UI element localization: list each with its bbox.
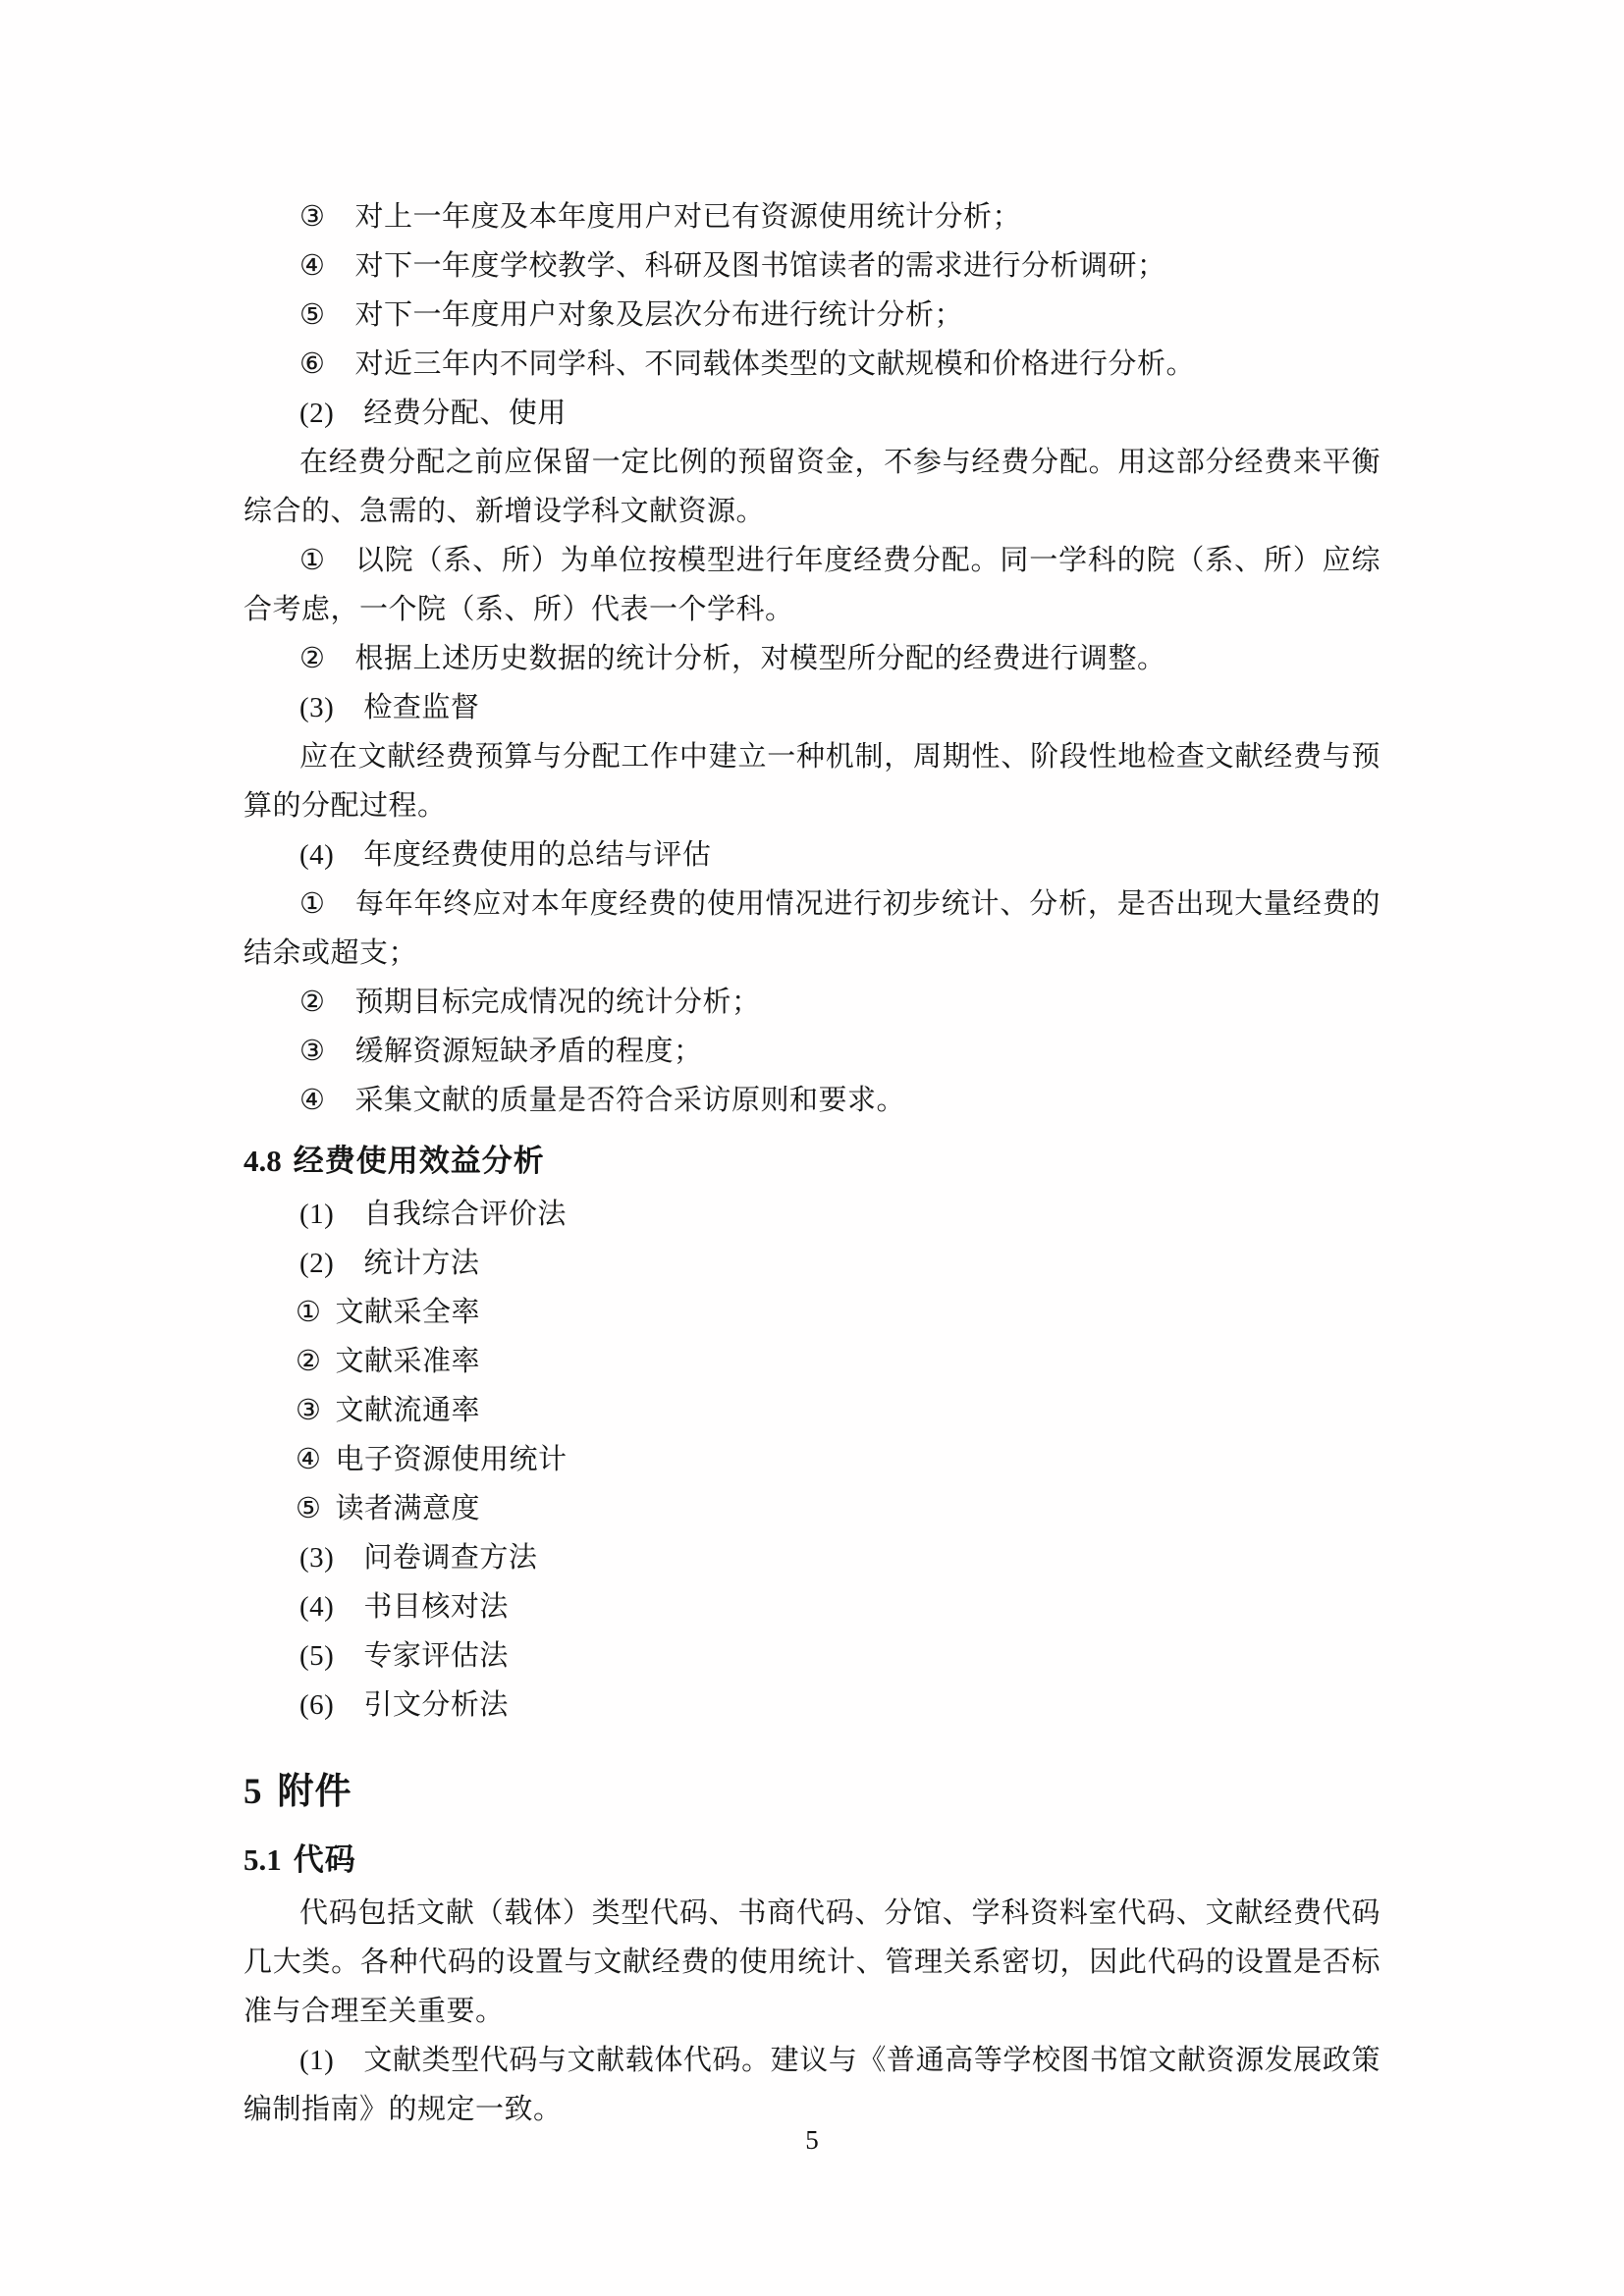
list-marker: ② <box>299 987 326 1018</box>
page-number: 5 <box>0 2120 1624 2160</box>
list-marker: ⑤ <box>296 1493 322 1524</box>
document-content: ③对上一年度及本年度用户对已有资源使用统计分析；④对下一年度学校教学、科研及图书… <box>244 192 1380 2134</box>
text-run: 专家评估法 <box>363 1640 509 1672</box>
text-run: 经费分配、使用 <box>363 398 567 429</box>
section-heading: 4.8经费使用效益分析 <box>244 1133 1380 1190</box>
list-item: (5)专家评估法 <box>244 1631 1380 1681</box>
text-run: 书目核对法 <box>363 1591 509 1623</box>
list-item: (6)引文分析法 <box>244 1681 1380 1730</box>
list-marker: (4) <box>299 839 334 871</box>
list-marker: (1) <box>299 2045 334 2076</box>
text-run: 文献采全率 <box>336 1297 481 1328</box>
text-run: 问卷调查方法 <box>363 1542 537 1574</box>
text-run: 采集文献的质量是否符合采访原则和要求。 <box>355 1085 906 1116</box>
text-run: 文献类型代码与文献载体代码。建议与《普通高等学校图书馆文献资源发展政策编制指南》… <box>244 2045 1380 2125</box>
list-marker: ① <box>296 1297 322 1328</box>
document-page: ③对上一年度及本年度用户对已有资源使用统计分析；④对下一年度学校教学、科研及图书… <box>0 0 1624 2296</box>
text-run: 文献采准率 <box>336 1346 481 1377</box>
list-item: ②预期目标完成情况的统计分析； <box>244 978 1380 1027</box>
heading-number: 5.1 <box>244 1842 282 1877</box>
list-item: (2)经费分配、使用 <box>244 389 1380 438</box>
text-run: 对下一年度学校教学、科研及图书馆读者的需求进行分析调研； <box>355 250 1166 282</box>
text-run: 预期目标完成情况的统计分析； <box>355 987 761 1018</box>
list-item: ③缓解资源短缺矛盾的程度； <box>244 1027 1380 1076</box>
list-marker: (4) <box>299 1591 334 1623</box>
list-item: ⑤读者满意度 <box>244 1484 1380 1533</box>
heading-text: 经费使用效益分析 <box>294 1144 545 1178</box>
list-marker: ① <box>299 545 326 576</box>
section-heading: 5.1代码 <box>244 1832 1380 1889</box>
list-item: ⑤对下一年度用户对象及层次分布进行统计分析； <box>244 291 1380 340</box>
list-item: ④采集文献的质量是否符合采访原则和要求。 <box>244 1076 1380 1125</box>
list-marker: ② <box>296 1346 322 1377</box>
list-marker: (6) <box>299 1689 334 1721</box>
list-marker: ③ <box>299 1036 326 1067</box>
list-marker: (2) <box>299 1248 334 1279</box>
text-run: 读者满意度 <box>336 1493 481 1524</box>
text-run: 统计方法 <box>363 1248 479 1279</box>
list-marker: ③ <box>296 1395 322 1426</box>
text-run: 年度经费使用的总结与评估 <box>363 839 711 871</box>
list-item: ②文献采准率 <box>244 1337 1380 1386</box>
list-marker: (3) <box>299 692 334 723</box>
list-marker: ⑥ <box>299 348 326 380</box>
list-marker: (2) <box>299 398 334 429</box>
text-run: 对下一年度用户对象及层次分布进行统计分析； <box>355 299 964 331</box>
text-run: 电子资源使用统计 <box>336 1444 568 1475</box>
list-item: ⑥对近三年内不同学科、不同载体类型的文献规模和价格进行分析。 <box>244 340 1380 389</box>
list-item: (4)年度经费使用的总结与评估 <box>244 830 1380 880</box>
list-marker: ① <box>299 888 326 920</box>
list-marker: ② <box>299 643 326 674</box>
list-item: ①每年年终应对本年度经费的使用情况进行初步统计、分析，是否出现大量经费的结余或超… <box>244 880 1380 978</box>
list-marker: (3) <box>299 1542 334 1574</box>
text-run: 应在文献经费预算与分配工作中建立一种机制，周期性、阶段性地检查文献经费与预算的分… <box>244 741 1380 822</box>
list-item: (4)书目核对法 <box>244 1582 1380 1631</box>
section-heading: 5附件 <box>244 1761 1380 1824</box>
text-run: 对上一年度及本年度用户对已有资源使用统计分析； <box>355 201 1022 233</box>
text-run: 代码包括文献（载体）类型代码、书商代码、分馆、学科资料室代码、文献经费代码几大类… <box>244 1897 1380 2027</box>
list-item: (2)统计方法 <box>244 1239 1380 1288</box>
list-marker: (1) <box>299 1199 334 1230</box>
text-run: 缓解资源短缺矛盾的程度； <box>355 1036 703 1067</box>
text-run: 检查监督 <box>363 692 479 723</box>
paragraph: 在经费分配之前应保留一定比例的预留资金，不参与经费分配。用这部分经费来平衡综合的… <box>244 438 1380 536</box>
list-item: (1)自我综合评价法 <box>244 1190 1380 1239</box>
list-marker: ④ <box>296 1444 322 1475</box>
list-item: ④对下一年度学校教学、科研及图书馆读者的需求进行分析调研； <box>244 241 1380 291</box>
list-item: ③对上一年度及本年度用户对已有资源使用统计分析； <box>244 192 1380 241</box>
list-marker: (5) <box>299 1640 334 1672</box>
paragraph: 应在文献经费预算与分配工作中建立一种机制，周期性、阶段性地检查文献经费与预算的分… <box>244 732 1380 830</box>
list-item: (3)检查监督 <box>244 683 1380 732</box>
text-run: 以院（系、所）为单位按模型进行年度经费分配。同一学科的院（系、所）应综合考虑，一… <box>244 545 1380 625</box>
list-item: ①文献采全率 <box>244 1288 1380 1337</box>
paragraph: 代码包括文献（载体）类型代码、书商代码、分馆、学科资料室代码、文献经费代码几大类… <box>244 1889 1380 2036</box>
heading-number: 5 <box>244 1772 262 1812</box>
list-item: ④电子资源使用统计 <box>244 1435 1380 1484</box>
list-item: (1)文献类型代码与文献载体代码。建议与《普通高等学校图书馆文献资源发展政策编制… <box>244 2036 1380 2134</box>
heading-text: 代码 <box>294 1842 356 1877</box>
list-item: ②根据上述历史数据的统计分析，对模型所分配的经费进行调整。 <box>244 634 1380 683</box>
list-marker: ⑤ <box>299 299 326 331</box>
heading-text: 附件 <box>278 1772 352 1812</box>
list-item: (3)问卷调查方法 <box>244 1533 1380 1582</box>
text-run: 在经费分配之前应保留一定比例的预留资金，不参与经费分配。用这部分经费来平衡综合的… <box>244 447 1380 527</box>
heading-number: 4.8 <box>244 1144 282 1178</box>
text-run: 自我综合评价法 <box>363 1199 567 1230</box>
list-marker: ④ <box>299 1085 326 1116</box>
list-marker: ④ <box>299 250 326 282</box>
list-item: ③文献流通率 <box>244 1386 1380 1435</box>
text-run: 对近三年内不同学科、不同载体类型的文献规模和价格进行分析。 <box>355 348 1196 380</box>
text-run: 文献流通率 <box>336 1395 481 1426</box>
list-marker: ③ <box>299 201 326 233</box>
text-run: 根据上述历史数据的统计分析，对模型所分配的经费进行调整。 <box>355 643 1166 674</box>
list-item: ①以院（系、所）为单位按模型进行年度经费分配。同一学科的院（系、所）应综合考虑，… <box>244 536 1380 634</box>
text-run: 引文分析法 <box>363 1689 509 1721</box>
text-run: 每年年终应对本年度经费的使用情况进行初步统计、分析，是否出现大量经费的结余或超支… <box>244 888 1380 969</box>
